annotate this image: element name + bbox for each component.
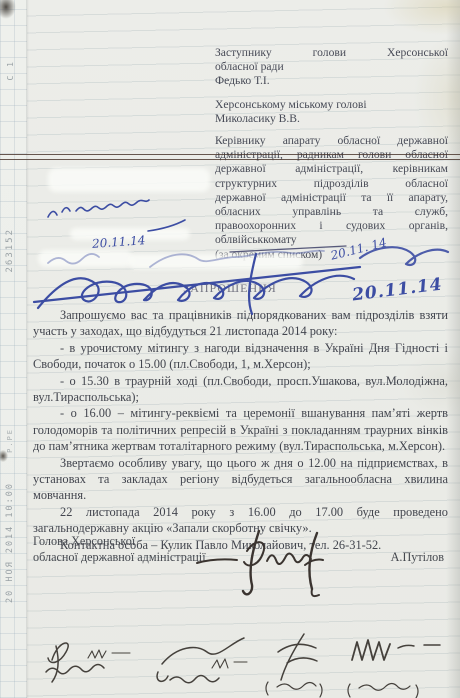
handwritten-annotations-layer bbox=[0, 0, 460, 698]
faded-scribble bbox=[48, 251, 324, 267]
margin-note-scribble bbox=[48, 200, 185, 231]
signature-scribble-4 bbox=[348, 640, 440, 698]
signature-scribble-1 bbox=[46, 643, 130, 682]
signature-scribble-3 bbox=[266, 634, 322, 697]
approval-signatures-row bbox=[0, 626, 460, 698]
signature-scribble-2 bbox=[157, 638, 247, 683]
scanned-letter-page: С 1 263152 Р.РЕ 20 НОЯ 2014 10:00 Заступ… bbox=[0, 0, 460, 698]
